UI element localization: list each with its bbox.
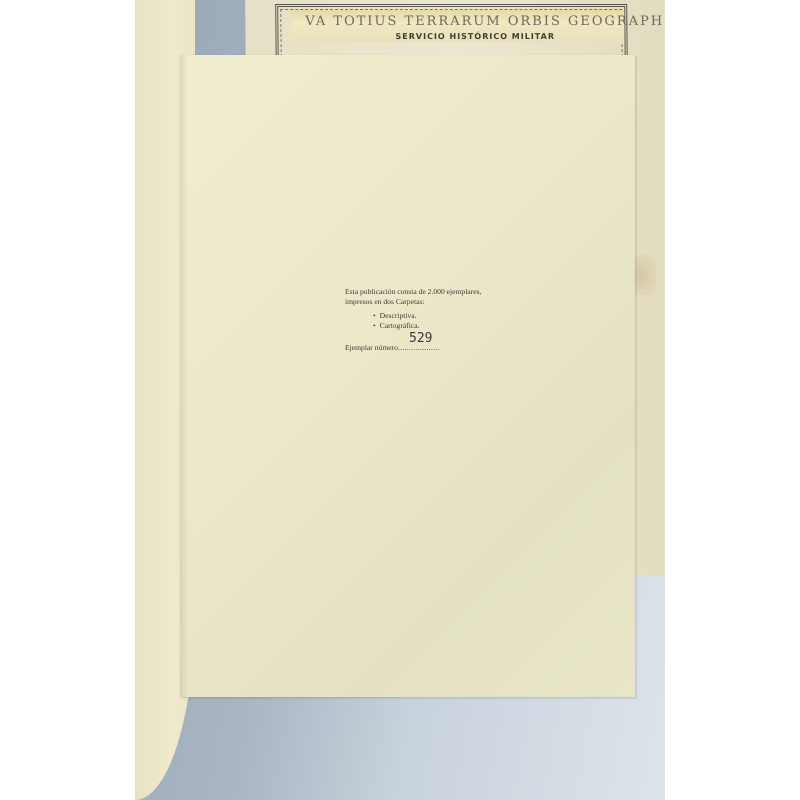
map-title: VA TOTIUS TERRARUM ORBIS GEOGRAPH: [305, 14, 664, 29]
copy-number-line: Ejemplar número................... 529: [345, 343, 481, 353]
colophon-text: Esta publicación consta de 2.000 ejempla…: [345, 287, 481, 353]
copy-label: Ejemplar número: [345, 343, 398, 352]
page-fold-shadow: [180, 55, 188, 697]
folder-list: Descriptiva. Cartográfica.: [345, 311, 481, 331]
map-subtitle: SERVICIO HISTÓRICO MILITAR: [395, 32, 555, 41]
folder-item-cartografica: Cartográfica.: [373, 321, 481, 331]
folder-item-descriptiva: Descriptiva.: [373, 311, 481, 321]
colophon-line-1: Esta publicación consta de 2.000 ejempla…: [345, 287, 481, 297]
photo: VA TOTIUS TERRARUM ORBIS GEOGRAPH SERVIC…: [135, 0, 665, 800]
colophon-line-2: impresos en dos Carpetas:: [345, 297, 481, 307]
colophon-page: [180, 55, 635, 697]
copy-number: 529: [409, 334, 432, 344]
